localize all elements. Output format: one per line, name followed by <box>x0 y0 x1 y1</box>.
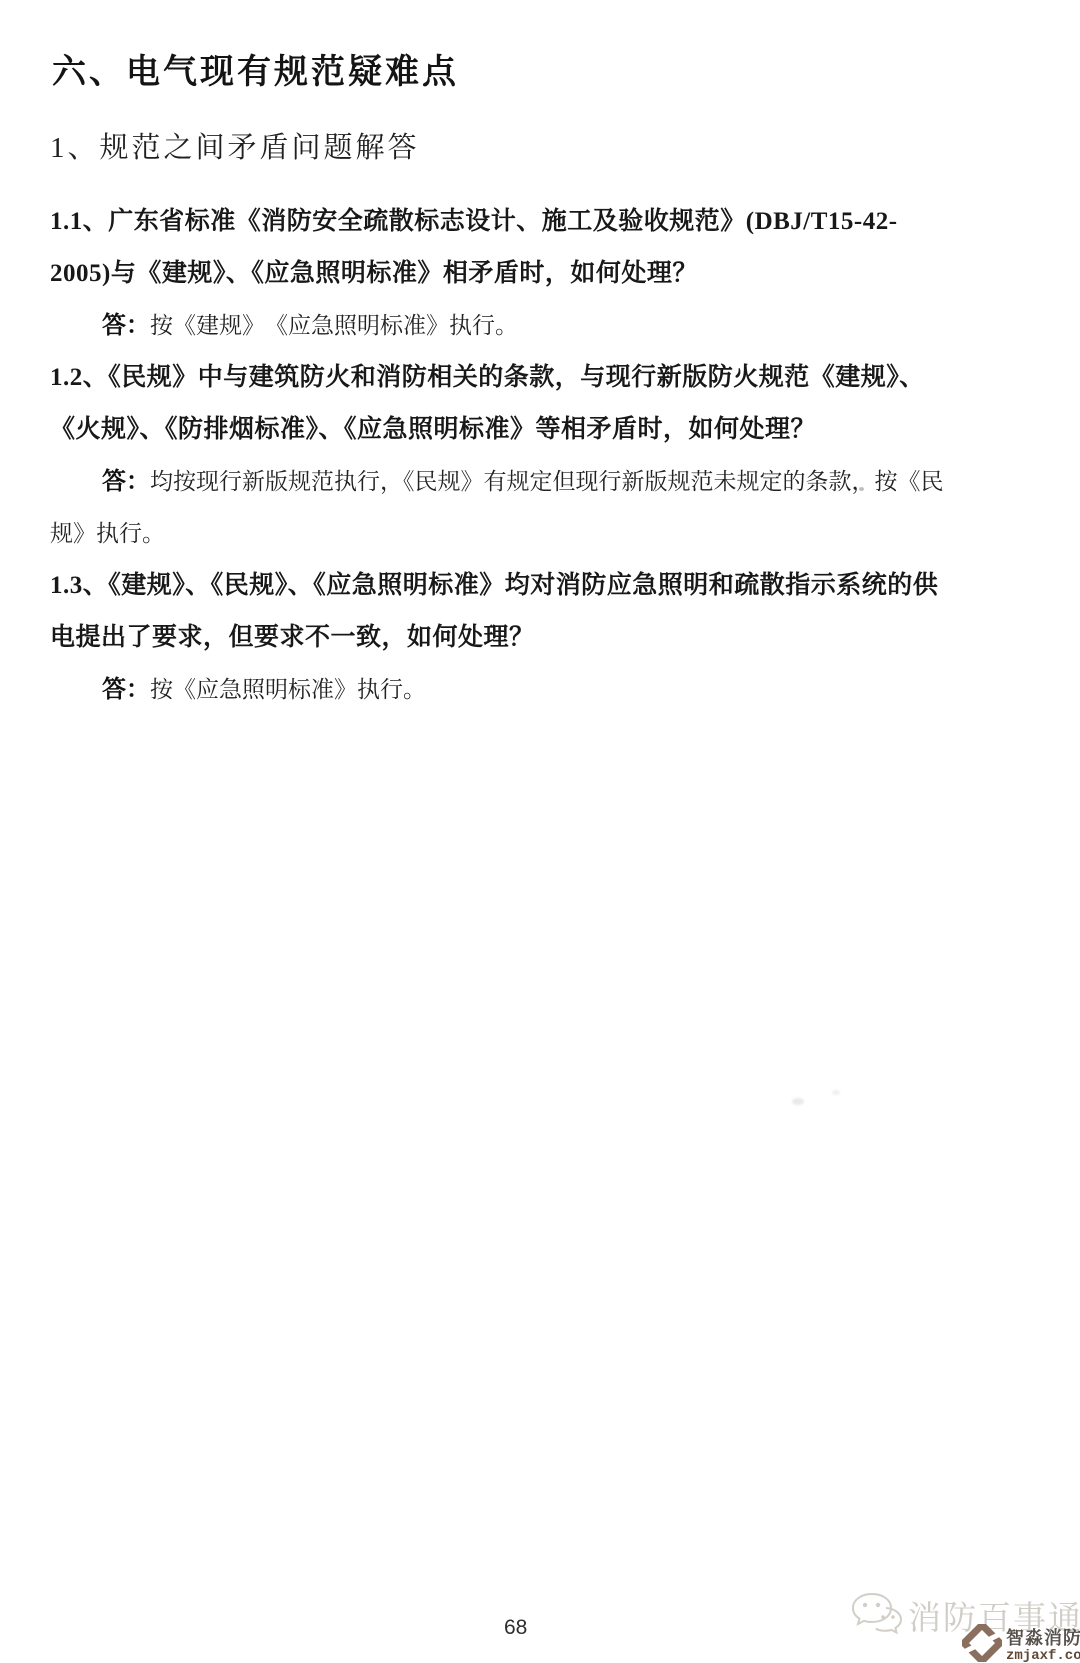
page-number: 68 <box>504 1616 527 1640</box>
question-1-3: 1.3、《建规》、《民规》、《应急照明标准》均对消防应急照明和疏散指示系统的供电… <box>50 560 954 664</box>
answer-label: 答： <box>102 676 150 703</box>
answer-1-3: 答：按《应急照明标准》执行。 <box>50 664 954 716</box>
answer-label: 答： <box>102 468 150 495</box>
answer-1-2: 答：均按现行新版规范执行，《民规》有规定但现行新版规范未规定的条款，按《民规》执… <box>50 456 954 560</box>
page-title: 六、电气现有规范疑难点 <box>52 44 954 93</box>
brand-name: 智淼消防 <box>1006 1629 1080 1647</box>
answer-text: 均按现行新版规范执行，《民规》有规定但现行新版规范未规定的条款，按《民规》执行。 <box>50 469 944 546</box>
question-1-1: 1.1、广东省标准《消防安全疏散标志设计、施工及验收规范》(DBJ/T15-42… <box>50 196 954 300</box>
section-title: 1、规范之间矛盾问题解答 <box>50 125 954 166</box>
scan-speck <box>792 1098 804 1105</box>
question-1-2: 1.2、《民规》中与建筑防火和消防相关的条款，与现行新版防火规范《建规》、《火规… <box>50 352 954 456</box>
answer-label: 答： <box>102 312 150 339</box>
answer-1-1: 答：按《建规》 《应急照明标准》执行。 <box>50 300 954 352</box>
brand-url: zmjaxf.com <box>1006 1649 1080 1663</box>
wechat-bubbles-icon <box>848 1590 904 1641</box>
diamond-z-icon <box>962 1624 1002 1663</box>
answer-text: 按《应急照明标准》执行。 <box>150 677 426 702</box>
brand-logo: 智淼消防 zmjaxf.com <box>962 1624 1080 1663</box>
scan-speck <box>859 487 864 491</box>
document-page: 六、电气现有规范疑难点 1、规范之间矛盾问题解答 1.1、广东省标准《消防安全疏… <box>50 44 954 716</box>
answer-text: 按《建规》 《应急照明标准》执行。 <box>150 313 518 338</box>
scan-speck <box>832 1090 840 1095</box>
